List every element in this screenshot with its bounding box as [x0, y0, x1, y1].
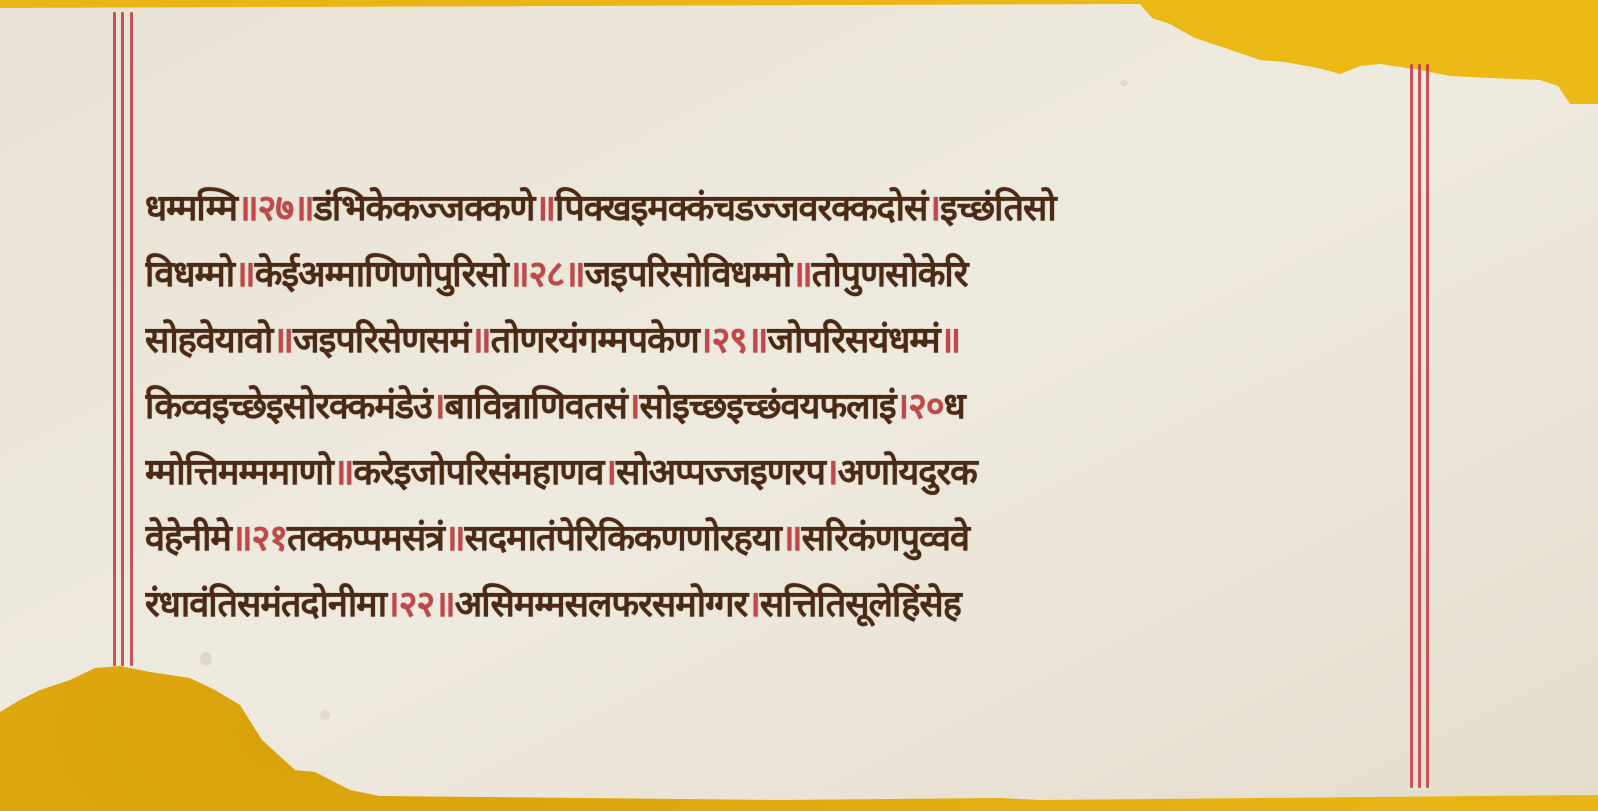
verse-number: ॥२१ — [231, 518, 287, 559]
text-segment: धम्मम्मि — [145, 188, 237, 229]
text-line-3: सोहवेयावो॥जइपरिसेणसमं॥तोणरयंगम्मपकेण।२९॥… — [145, 308, 1407, 374]
text-line-1: धम्मम्मि॥२७॥डंभिकेकज्जक्कणे॥पिक्खइमक्कंच… — [145, 176, 1407, 242]
danda-mark: ॥ — [940, 320, 961, 361]
left-margin-rule — [121, 12, 124, 666]
text-segment: सोइच्छइच्छंवयफलाइं — [639, 386, 895, 427]
text-segment: पिक्खइमक्कंचडज्जवरक्कदोसं — [555, 188, 927, 229]
text-segment: सरिकंणपुव्ववे — [802, 518, 969, 559]
danda-mark: ॥ — [333, 452, 354, 493]
danda-mark: । — [432, 386, 445, 427]
danda-mark: । — [927, 188, 940, 229]
danda-mark: । — [747, 584, 760, 625]
text-segment: जइपरिसेणसमं — [293, 320, 470, 361]
left-margin-rule — [130, 12, 133, 666]
text-segment: जोपरिसयंधम्मं — [767, 320, 939, 361]
text-line-5: म्मोत्तिमम्ममाणो॥करेइजोपरिसंमहाणव।सोअप्प… — [145, 440, 1407, 506]
right-margin-rule — [1426, 64, 1429, 788]
text-segment: तोणरयंगम्मपकेण — [491, 320, 699, 361]
danda-mark: । — [825, 452, 838, 493]
danda-mark: ॥ — [791, 254, 812, 295]
text-segment: सोअप्पज्जइणरप — [616, 452, 825, 493]
verse-number: ।२० — [896, 386, 944, 427]
text-segment: अणोयदुरक — [838, 452, 977, 493]
text-segment: बाविन्नाणिवतसं — [445, 386, 627, 427]
verse-number-28: ॥२७॥ — [237, 188, 314, 229]
right-margin-rule — [1418, 64, 1421, 788]
text-line-6: वेहेनीमे॥२१तक्कप्पमसंत्रं॥सदमातंपेरिकिकण… — [145, 506, 1407, 572]
danda-mark: । — [603, 452, 616, 493]
text-segment: असिमम्मसलफरसमोग्गर — [455, 584, 748, 625]
text-segment: सत्तितिसूलेहिंसेह — [760, 584, 961, 625]
text-segment: सदमातंपेरिकिकणणोरहया — [465, 518, 781, 559]
text-segment: किव्वइच्छेइसोरक्कमंडेउं — [145, 386, 432, 427]
text-line-2: विधम्मो॥केईअम्माणिणोपुरिसो॥२८॥जइपरिसोविध… — [145, 242, 1407, 308]
paper-stain — [320, 710, 330, 720]
danda-mark: ॥ — [470, 320, 491, 361]
danda-mark: ॥ — [781, 518, 802, 559]
manuscript-text-block: धम्मम्मि॥२७॥डंभिकेकज्जक्कणे॥पिक्खइमक्कंच… — [145, 176, 1407, 638]
text-segment: जइपरिसोविधम्मो — [585, 254, 792, 295]
verse-number: ।२९॥ — [699, 320, 768, 361]
danda-mark: ॥ — [272, 320, 293, 361]
text-segment: विधम्मो — [145, 254, 234, 295]
text-segment: डंभिकेकज्जक्कणे — [314, 188, 535, 229]
text-segment: रंधावंतिसमंतदोनीमा — [145, 584, 386, 625]
verse-number: ।२२॥ — [386, 584, 455, 625]
danda-mark: ॥ — [534, 188, 555, 229]
right-margin-rule — [1410, 64, 1413, 788]
text-segment: तोपुणसोकेरि — [812, 254, 968, 295]
paper-stain — [200, 652, 212, 666]
verse-number: ॥२८॥ — [508, 254, 585, 295]
danda-mark: । — [627, 386, 640, 427]
danda-mark: ॥ — [234, 254, 255, 295]
manuscript-folio: धम्मम्मि॥२७॥डंभिकेकज्जक्कणे॥पिक्खइमक्कंच… — [0, 0, 1598, 811]
text-segment: तक्कप्पमसंत्रं — [287, 518, 444, 559]
text-line-7: रंधावंतिसमंतदोनीमा।२२॥असिमम्मसलफरसमोग्गर… — [145, 572, 1407, 638]
text-segment: करेइजोपरिसंमहाणव — [353, 452, 603, 493]
text-segment: म्मोत्तिमम्ममाणो — [145, 452, 333, 493]
text-segment: ध — [944, 386, 965, 427]
danda-mark: ॥ — [444, 518, 465, 559]
paper-stain — [1120, 80, 1128, 86]
text-line-4: किव्वइच्छेइसोरक्कमंडेउं।बाविन्नाणिवतसं।स… — [145, 374, 1407, 440]
left-margin-rule — [113, 12, 116, 666]
text-segment: वेहेनीमे — [145, 518, 231, 559]
text-segment: इच्छंतिसो — [940, 188, 1056, 229]
text-segment: केईअम्माणिणोपुरिसो — [255, 254, 508, 295]
text-segment: सोहवेयावो — [145, 320, 272, 361]
